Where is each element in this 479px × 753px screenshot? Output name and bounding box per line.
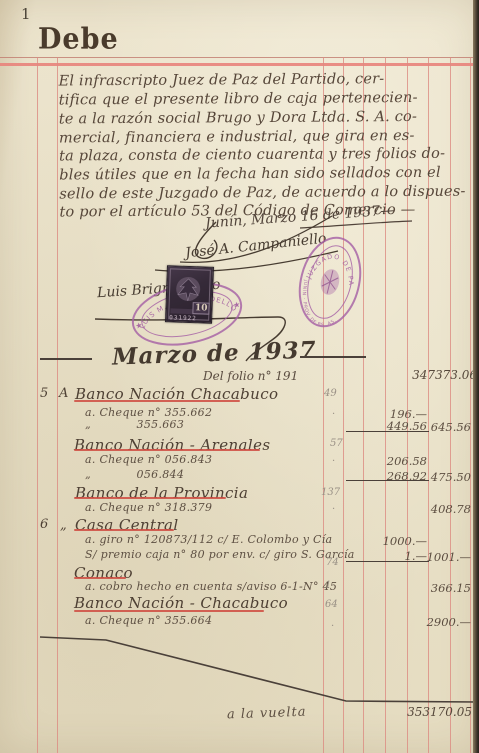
entry-line: a. cobro hecho en cuenta s/aviso 6-1-N° … xyxy=(85,580,337,593)
certification-line: te a la razón social Brugo y Dora Ltda. … xyxy=(59,109,473,128)
account-title: Banco de la Provincia xyxy=(75,484,248,502)
certification-line: mercial, financiera e industrial, que gi… xyxy=(59,128,473,147)
page-number: 1 xyxy=(21,5,31,23)
folio-pencil: 64 xyxy=(325,599,338,610)
certification-line: sello de este Juzgado de Paz, de acuerdo… xyxy=(59,184,473,203)
entry-line: S/ premio caja n° 80 por env. c/ giro S.… xyxy=(85,548,355,561)
entry-line: a. giro n° 120873/112 c/ E. Colombo y Cí… xyxy=(85,533,332,546)
folio-note: Del folio n° 191 xyxy=(203,369,298,383)
judge-signature: José A. Campaniello xyxy=(185,231,328,262)
margin-line xyxy=(57,57,58,753)
page-title: Debe xyxy=(38,23,119,56)
carry-total: 353170.05 xyxy=(382,705,472,719)
account-underline xyxy=(74,400,240,402)
folio-pencil: · xyxy=(332,456,335,467)
stamp-star-right: ★ xyxy=(232,300,241,310)
entry-line: a. Cheque n° 056.843 xyxy=(85,453,212,466)
entry-prefix: „ xyxy=(60,518,67,533)
certification-line: ta plaza, consta de ciento cuarenta y tr… xyxy=(59,146,473,165)
entry-line: „ 056.844 xyxy=(85,468,184,481)
folio-pencil: 57 xyxy=(330,438,343,449)
total-amount: 408.78 xyxy=(391,502,471,516)
folio-pencil: 49 xyxy=(324,388,337,399)
certification-block: El infrascripto Juez de Paz del Partido,… xyxy=(58,0,472,1)
ledger-page: 1 Debe El infrascripto Juez de Paz del P… xyxy=(0,0,479,753)
carry-note: a la vuelta xyxy=(227,705,307,723)
account-underline xyxy=(74,497,226,499)
total-amount: 2900.— xyxy=(391,615,471,629)
account-title: Casa Central xyxy=(75,516,179,534)
entry-line: a. Cheque n° 318.379 xyxy=(85,501,212,514)
folio-pencil: · xyxy=(331,621,334,632)
total-amount: 366.15 xyxy=(391,581,471,595)
account-underline xyxy=(74,449,260,451)
heading-dash-left xyxy=(40,358,92,360)
certification-line: El infrascripto Juez de Paz del Partido,… xyxy=(59,71,473,90)
account-title: Banco Nación - Arenales xyxy=(74,436,270,454)
account-underline xyxy=(74,577,126,579)
debit-amount: 206.58 xyxy=(347,454,427,468)
balance-forward: 347373.06 xyxy=(387,368,477,382)
folio-pencil: 137 xyxy=(321,487,340,498)
heading-dash-right xyxy=(300,356,366,358)
entry-line: „ 355.663 xyxy=(85,418,184,431)
stamp-star-left: ★ xyxy=(135,321,144,331)
day-number: 5 xyxy=(40,386,48,401)
entry-line: a. Cheque n° 355.664 xyxy=(85,614,212,627)
account-underline xyxy=(74,529,174,531)
revenue-stamp: 10 031922 xyxy=(165,265,214,324)
total-amount: 475.50 xyxy=(391,470,471,484)
certification-line: tifica que el presente libro de caja per… xyxy=(59,90,473,109)
svg-text:JUNÍN · PROV. DE BS. AS.: JUNÍN · PROV. DE BS. AS. xyxy=(292,278,346,331)
debit-amount: 1000.— xyxy=(347,534,427,548)
entry-prefix: A xyxy=(59,386,68,401)
month-heading: Marzo de 1937 xyxy=(112,336,317,370)
coat-of-arms-icon xyxy=(318,267,342,297)
folio-pencil: · xyxy=(332,504,335,515)
revenue-stamp-value: 10 xyxy=(193,302,210,315)
sum-line xyxy=(346,480,429,481)
folio-pencil: 1 xyxy=(325,580,331,591)
day-number: 6 xyxy=(40,517,48,532)
folio-pencil: 74 xyxy=(326,557,339,568)
certification-line: bles útiles que en la fecha han sido sel… xyxy=(59,165,473,184)
sum-line xyxy=(346,561,429,562)
page-edge xyxy=(473,0,479,753)
stamp-inner-ring xyxy=(301,241,360,323)
sum-line xyxy=(346,431,429,432)
juzgado-stamp-bottom-text: JUNÍN · PROV. DE BS. AS. xyxy=(292,278,346,331)
closing-diagonal-line xyxy=(40,637,478,702)
margin-line xyxy=(37,57,38,753)
folio-pencil: · xyxy=(332,409,335,420)
revenue-stamp-serial: 031922 xyxy=(169,314,197,322)
account-underline xyxy=(74,610,264,612)
